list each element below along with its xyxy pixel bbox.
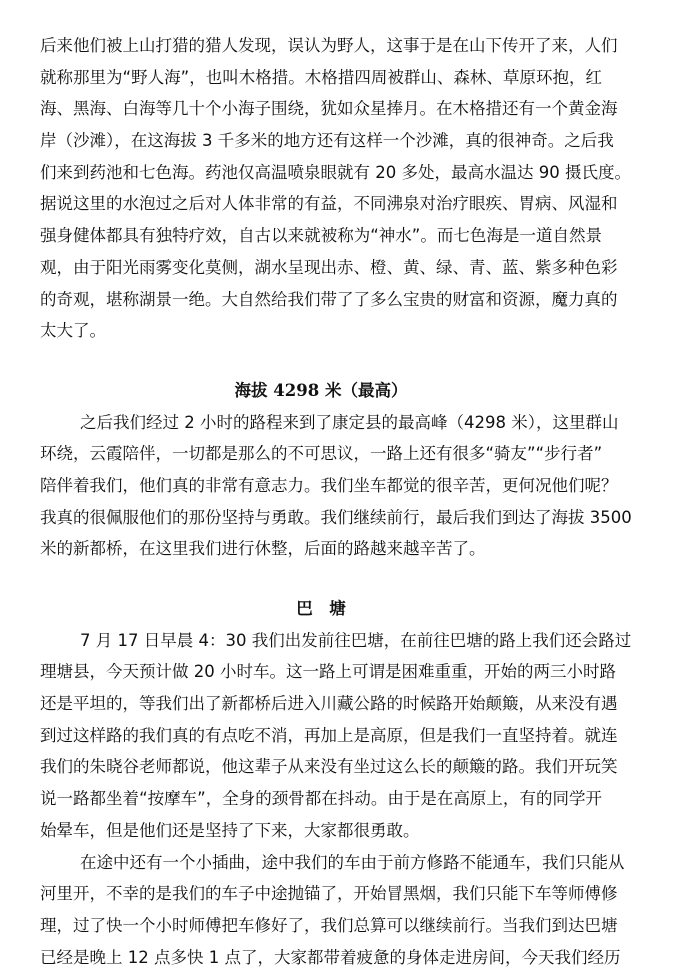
paragraph-altitude: 之后我们经过 2 小时的路程来到了康定县的最高峰（4298 米），这里群山 环绕… [40, 407, 602, 565]
section-gap [40, 565, 602, 593]
paragraph-batang-journey: 7 月 17 日早晨 4：30 我们出发前往巴塘，在前往巴塘的路上我们还会路过 … [40, 625, 602, 847]
document-page: 后来他们被上山打猎的猎人发现，误认为野人，这事于是在山下传开了来，人们 就称那里… [40, 30, 602, 972]
paragraph-breakdown-episode: 在途中还有一个小插曲，途中我们的车由于前方修路不能通车，我们只能从 河里开，不幸… [40, 847, 602, 972]
text-line: 到过这样路的我们真的有点吃不消，再加上是高原，但是我们一直坚持着。就连 [40, 720, 602, 752]
text-line: 据说这里的水泡过之后对人体非常的有益，不同沸泉对治疗眼疾、胃病、风湿和 [40, 188, 602, 220]
text-line: 强身健体都具有独特疗效，自古以来就被称为“神水”。而七色海是一道自然景 [40, 220, 602, 252]
text-line: 陪伴着我们，他们真的非常有意志力。我们坐车都觉的很辛苦，更何况他们呢？ [40, 470, 602, 502]
text-line: 河里开，不幸的是我们的车子中途抛锚了，开始冒黑烟，我们只能下车等师傅修 [40, 878, 602, 910]
text-line: 还是平坦的，等我们出了新都桥后进入川藏公路的时候路开始颠簸，从来没有遇 [40, 688, 602, 720]
text-line: 后来他们被上山打猎的猎人发现，误认为野人，这事于是在山下传开了来，人们 [40, 30, 602, 62]
text-line: 太大了。 [40, 315, 602, 347]
text-line: 始晕车，但是他们还是坚持了下来，大家都很勇敢。 [40, 815, 602, 847]
text-line: 们来到药池和七色海。药池仅高温喷泉眼就有 20 多处，最高水温达 90 摄氏度。 [40, 157, 602, 189]
section-heading-altitude: 海拔 4298 米（最高） [40, 375, 602, 407]
text-line: 观，由于阳光雨雾变化莫侧，湖水呈现出赤、橙、黄、绿、青、蓝、紫多种色彩 [40, 252, 602, 284]
text-line: 就称那里为“野人海”，也叫木格措。木格措四周被群山、森林、草原环抱，红 [40, 62, 602, 94]
text-line: 理，过了快一个小时师傅把车修好了，我们总算可以继续前行。当我们到达巴塘 [40, 910, 602, 942]
section-gap [40, 347, 602, 375]
text-line: 已经是晚上 12 点多快 1 点了，大家都带着疲惫的身体走进房间，今天我们经历 [40, 942, 602, 972]
text-line: 的奇观，堪称湖景一绝。大自然给我们带了了多么宝贵的财富和资源，魔力真的 [40, 284, 602, 316]
text-line: 理塘县，今天预计做 20 小时车。这一路上可谓是困难重重，开始的两三小时路 [40, 656, 602, 688]
section-heading-batang: 巴 塘 [40, 593, 602, 625]
text-line: 在途中还有一个小插曲，途中我们的车由于前方修路不能通车，我们只能从 [40, 847, 602, 879]
text-line: 米的新都桥，在这里我们进行休整，后面的路越来越辛苦了。 [40, 533, 602, 565]
text-line: 说一路都坐着“按摩车”，全身的颈骨都在抖动。由于是在高原上，有的同学开 [40, 783, 602, 815]
text-line: 之后我们经过 2 小时的路程来到了康定县的最高峰（4298 米），这里群山 [40, 407, 602, 439]
text-line: 我们的朱晓谷老师都说，他这辈子从来没有坐过这么长的颠簸的路。我们开玩笑 [40, 751, 602, 783]
text-line: 7 月 17 日早晨 4：30 我们出发前往巴塘，在前往巴塘的路上我们还会路过 [40, 625, 602, 657]
paragraph-muge-lake: 后来他们被上山打猎的猎人发现，误认为野人，这事于是在山下传开了来，人们 就称那里… [40, 30, 602, 347]
text-line: 海、黑海、白海等几十个小海子围绕，犹如众星捧月。在木格措还有一个黄金海 [40, 93, 602, 125]
text-line: 岸（沙滩），在这海拔 3 千多米的地方还有这样一个沙滩，真的很神奇。之后我 [40, 125, 602, 157]
text-line: 环绕，云霞陪伴，一切都是那么的不可思议，一路上还有很多“骑友”“步行者” [40, 438, 602, 470]
text-line: 我真的很佩服他们的那份坚持与勇敢。我们继续前行，最后我们到达了海拔 3500 [40, 502, 602, 534]
